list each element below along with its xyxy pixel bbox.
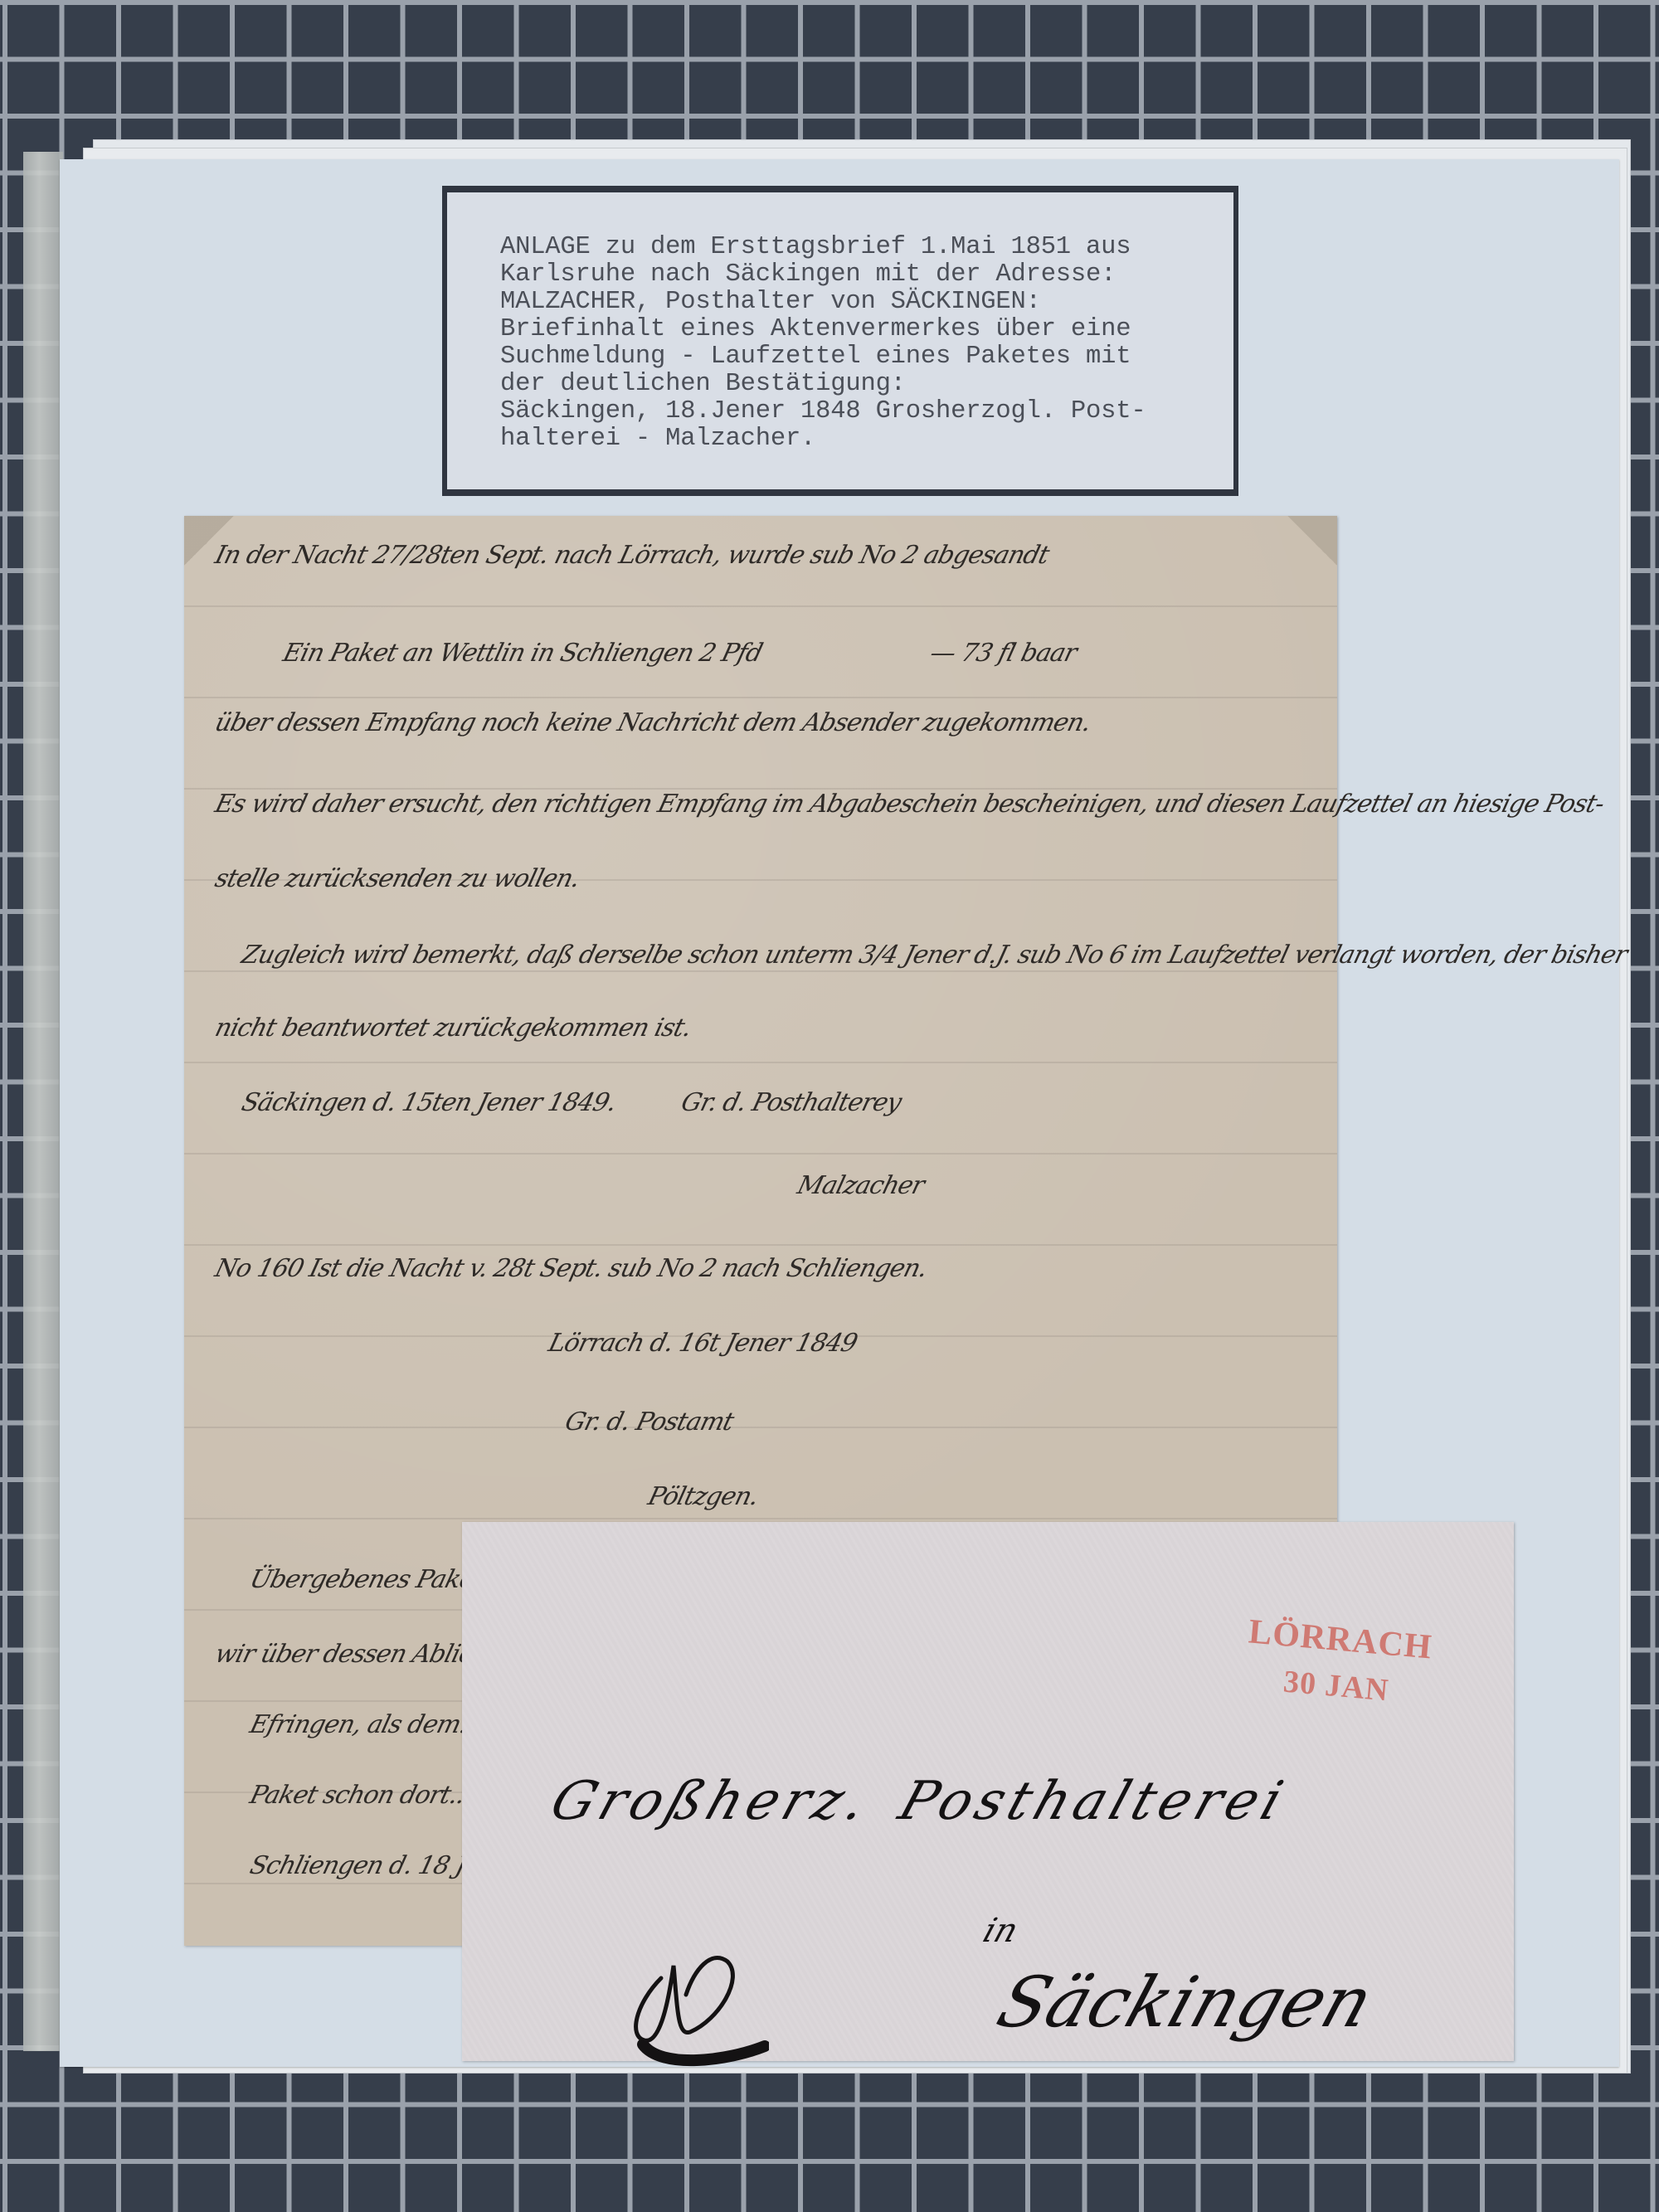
handwritten-line: Malzacher — [795, 1171, 927, 1200]
handwritten-line: Säckingen d. 15ten Jener 1849. — [239, 1088, 620, 1117]
handwritten-line: nicht beantwortet zurückgekommen ist. — [212, 1014, 694, 1043]
handwritten-line: stelle zurücksenden zu wollen. — [212, 864, 583, 893]
handwritten-line: über dessen Empfang noch keine Nachricht… — [212, 708, 1094, 737]
postmark-date: 30 JAN — [1282, 1664, 1390, 1709]
paraph-flourish-icon — [628, 1945, 769, 2069]
address-line-posthalterei: Posthalterei — [892, 1771, 1295, 1832]
label-line: Briefinhalt eines Aktenvermerkes über ei… — [500, 316, 1200, 343]
postmark-town: LÖRRACH — [1247, 1612, 1433, 1667]
handwritten-line: Paket schon dort... — [247, 1781, 475, 1810]
postal-cover: LÖRRACH 30 JAN Großherz. Posthalterei in… — [462, 1522, 1514, 2061]
label-text: ANLAGE zu dem Ersttagsbrief 1.Mai 1851 a… — [500, 234, 1200, 453]
handwritten-line: — 73 fl baar — [927, 639, 1080, 668]
handwritten-line: Gr. d. Postamt — [562, 1407, 737, 1437]
label-line: Suchmeldung - Laufzettel eines Paketes m… — [500, 343, 1200, 371]
label-line: MALZACHER, Posthalter von SÄCKINGEN: — [500, 289, 1200, 316]
label-line: ANLAGE zu dem Ersttagsbrief 1.Mai 1851 a… — [500, 234, 1200, 261]
typed-description-label: ANLAGE zu dem Ersttagsbrief 1.Mai 1851 a… — [442, 186, 1238, 496]
plastic-sleeve-edge — [23, 152, 63, 2051]
handwritten-line: In der Nacht 27/28ten Sept. nach Lörrach… — [212, 541, 1052, 570]
address-town: Säckingen — [988, 1962, 1383, 2043]
handwritten-line: Gr. d. Posthalterey — [679, 1088, 904, 1117]
address-prefix: in — [979, 1912, 1024, 1950]
label-line: der deutlichen Bestätigung: — [500, 371, 1200, 398]
handwritten-line: Lörrach d. 16t Jener 1849 — [546, 1329, 860, 1358]
handwritten-line: Efringen, als dem... — [247, 1710, 485, 1739]
label-line: halterei - Malzacher. — [500, 425, 1200, 453]
handwritten-line: Pöltzgen. — [645, 1482, 761, 1511]
label-line: Karlsruhe nach Säckingen mit der Adresse… — [500, 261, 1200, 289]
label-line: Säckingen, 18.Jener 1848 Grosherzogl. Po… — [500, 398, 1200, 425]
handwritten-line: No 160 Ist die Nacht v. 28t Sept. sub No… — [212, 1254, 931, 1283]
handwritten-line: Ein Paket an Wettlin in Schliengen 2 Pfd — [280, 639, 766, 668]
address-line-grossherz: Großherz. — [543, 1771, 879, 1832]
handwritten-line: Es wird daher ersucht, den richtigen Emp… — [212, 790, 1608, 819]
handwritten-line: Zugleich wird bemerkt, daß derselbe scho… — [239, 941, 1630, 970]
